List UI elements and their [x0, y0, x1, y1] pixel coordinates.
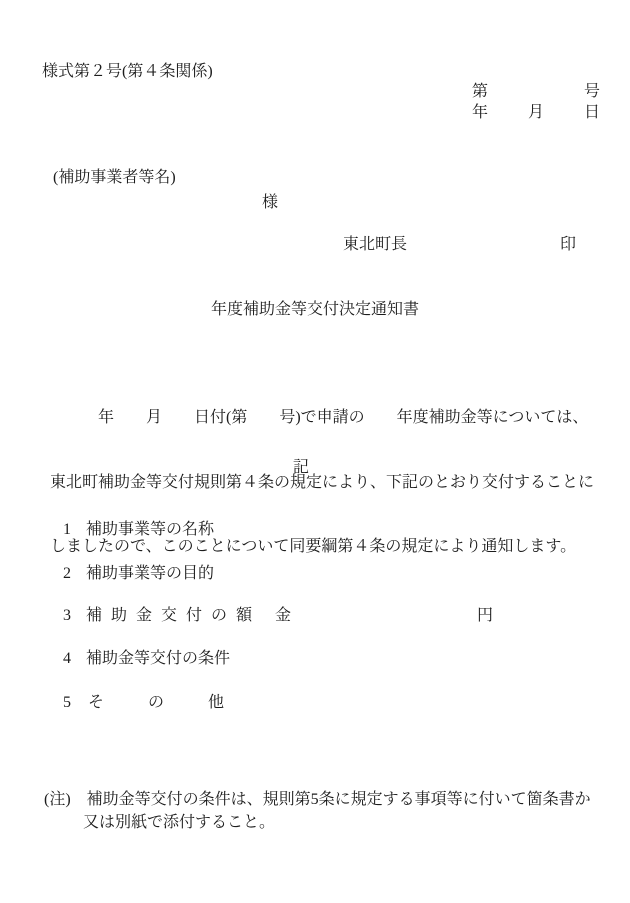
item-label: 補助事業等の名称 [86, 521, 214, 538]
item-row-1: 1補助事業等の名称 [47, 506, 214, 554]
amount-unit-label: 円 [477, 608, 493, 624]
body-line: 年 月 日付(第 号)で申請の 年度補助金等については、 [50, 407, 594, 429]
item-label: 補助金交付の額 [86, 607, 261, 624]
item-number: 5 [63, 695, 86, 711]
item-row-2: 2補助事業等の目的 [47, 550, 214, 598]
item-number: 4 [63, 651, 86, 667]
document-title: 年度補助金等交付決定通知書 [0, 302, 630, 318]
document-page: 様式第２号(第４条関係) 第 号 年 月 日 (補助事業者等名) 様 東北町長 … [0, 0, 630, 903]
form-number: 様式第２号(第４条関係) [42, 64, 213, 80]
sender-line: 東北町長 印 [0, 237, 630, 253]
item-row-5: 5そ の 他 [47, 679, 228, 727]
amount-prefix-label: 金 [275, 608, 291, 624]
doc-number-line: 第 号 [472, 84, 600, 100]
sender-title: 東北町長 [343, 237, 407, 253]
item-label: そ の 他 [88, 695, 228, 711]
date-line: 年 月 日 [472, 105, 600, 121]
date-year-label: 年 [472, 105, 488, 121]
doc-number-prefix: 第 [472, 84, 488, 100]
item-label: 補助事業等の目的 [86, 565, 214, 582]
item-label: 補助金等交付の条件 [86, 650, 230, 667]
doc-meta-block: 第 号 年 月 日 [472, 84, 600, 121]
doc-number-suffix: 号 [584, 84, 600, 100]
seal-mark: 印 [560, 237, 576, 253]
note-line: (注) 補助金等交付の条件は、規則第5条に規定する事項等に付いて箇条書か [44, 792, 591, 808]
item-row-4: 4補助金等交付の条件 [47, 635, 230, 683]
item-row-3: 3補助金交付の額金円 [47, 592, 493, 640]
recipient-honorific: 様 [262, 195, 278, 211]
ki-marker: 記 [293, 460, 309, 476]
item-number: 2 [63, 566, 86, 582]
body-line: 東北町補助金等交付規則第４条の規定により、下記のとおり交付することに [50, 472, 594, 494]
item-number: 3 [63, 608, 86, 624]
date-month-label: 月 [528, 105, 544, 121]
date-day-label: 日 [584, 105, 600, 121]
recipient-name-placeholder: (補助事業者等名) [53, 170, 176, 186]
item-number: 1 [63, 522, 86, 538]
note-line: 又は別紙で添付すること。 [83, 815, 275, 831]
